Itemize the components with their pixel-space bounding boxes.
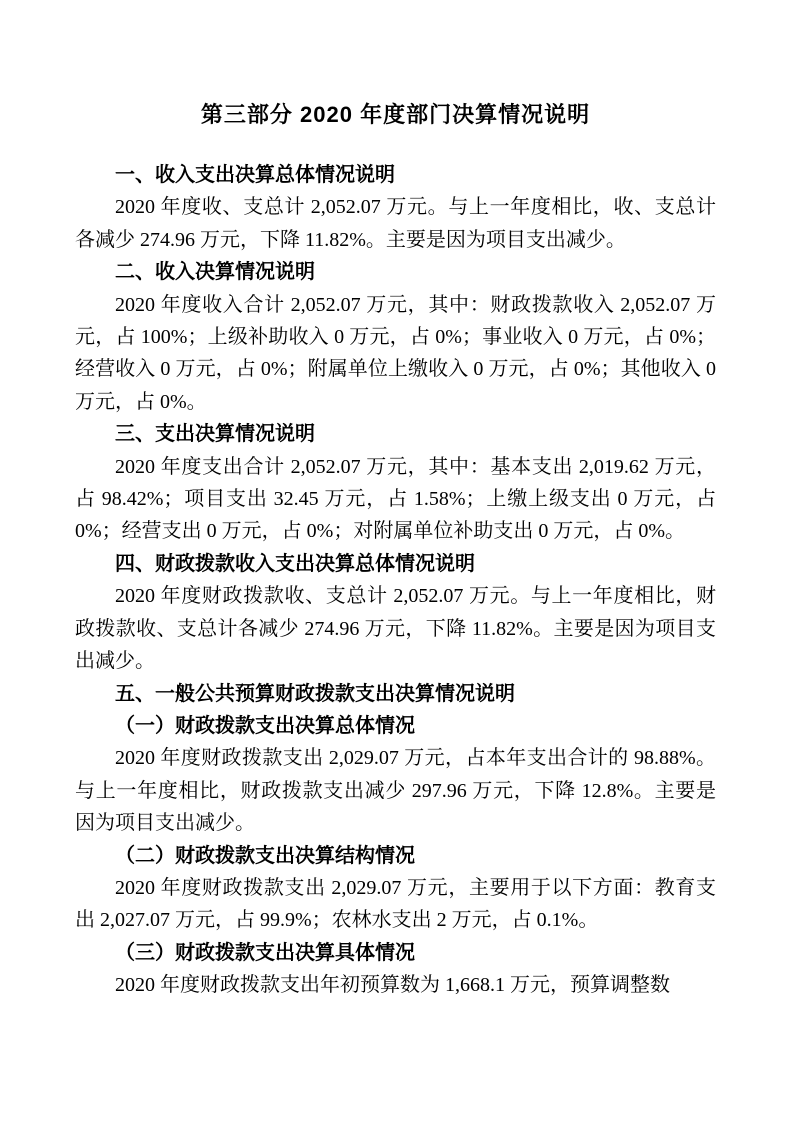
- subsection-heading-expenditure-general: （一）财政拨款支出决算总体情况: [75, 710, 716, 742]
- subsection-heading-expenditure-details: （三）财政拨款支出决算具体情况: [75, 937, 716, 969]
- paragraph-expenditure-general: 2020 年度财政拨款支出 2,029.07 万元，占本年支出合计的 98.88…: [75, 742, 716, 839]
- paragraph-expenditure-details: 2020 年度财政拨款支出年初预算数为 1,668.1 万元，预算调整数: [75, 969, 716, 1001]
- paragraph-income-expenditure-overview: 2020 年度收、支总计 2,052.07 万元。与上一年度相比，收、支总计各减…: [75, 191, 716, 256]
- section-heading-fiscal-appropriation-overview: 四、财政拨款收入支出决算总体情况说明: [75, 548, 716, 580]
- section-heading-expenditure-statement: 三、支出决算情况说明: [75, 418, 716, 450]
- document-page: 第三部分 2020 年度部门决算情况说明 一、收入支出决算总体情况说明 2020…: [0, 0, 793, 1122]
- subsection-heading-expenditure-structure: （二）财政拨款支出决算结构情况: [75, 840, 716, 872]
- section-heading-public-budget-expenditure: 五、一般公共预算财政拨款支出决算情况说明: [75, 678, 716, 710]
- paragraph-expenditure-structure: 2020 年度财政拨款支出 2,029.07 万元，主要用于以下方面：教育支出 …: [75, 872, 716, 937]
- paragraph-expenditure-statement: 2020 年度支出合计 2,052.07 万元，其中：基本支出 2,019.62…: [75, 451, 716, 548]
- section-heading-income-expenditure-overview: 一、收入支出决算总体情况说明: [75, 159, 716, 191]
- paragraph-income-statement: 2020 年度收入合计 2,052.07 万元，其中：财政拨款收入 2,052.…: [75, 289, 716, 419]
- document-title: 第三部分 2020 年度部门决算情况说明: [75, 97, 716, 133]
- paragraph-fiscal-appropriation-overview: 2020 年度财政拨款收、支总计 2,052.07 万元。与上一年度相比，财政拨…: [75, 580, 716, 677]
- section-heading-income-statement: 二、收入决算情况说明: [75, 256, 716, 288]
